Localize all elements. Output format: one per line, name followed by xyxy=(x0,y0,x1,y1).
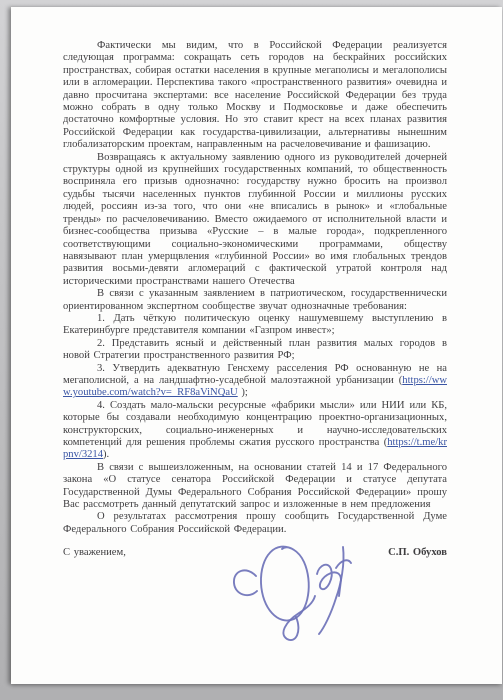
paragraph-program: Фактически мы видим, что в Российской Фе… xyxy=(63,40,447,152)
list-item-1: 1. Дать чёткую политическую оценку нашум… xyxy=(63,313,447,338)
list-item-3-tail: ); xyxy=(238,387,248,398)
document-page: Фактически мы видим, что в Российской Фе… xyxy=(11,7,502,684)
list-item-4: 4. Создать мало-мальски ресурсные «фабри… xyxy=(63,400,447,462)
letter-body: Фактически мы видим, что в Российской Фе… xyxy=(63,40,447,560)
closing-salutation: С уважением, xyxy=(63,547,126,559)
list-item-3-text: 3. Утвердить адекватную Генсхему расселе… xyxy=(63,363,447,386)
list-item-4-tail: ). xyxy=(103,449,109,460)
paragraph-statement: Возвращаясь к актуальному заявлению одно… xyxy=(63,152,447,288)
paragraph-legal-basis: В связи с вышеизложенным, на основании с… xyxy=(63,462,447,512)
list-item-2: 2. Представить ясный и действенный план … xyxy=(63,338,447,363)
paragraph-request-report: О результатах рассмотрения прошу сообщит… xyxy=(63,511,447,536)
signer-name: С.П. Обухов xyxy=(388,547,447,559)
paragraph-demands-intro: В связи с указанным заявлением в патриот… xyxy=(63,288,447,313)
list-item-3: 3. Утвердить адекватную Генсхему расселе… xyxy=(63,363,447,400)
closing-row: С уважением, С.П. Обухов xyxy=(63,547,447,559)
